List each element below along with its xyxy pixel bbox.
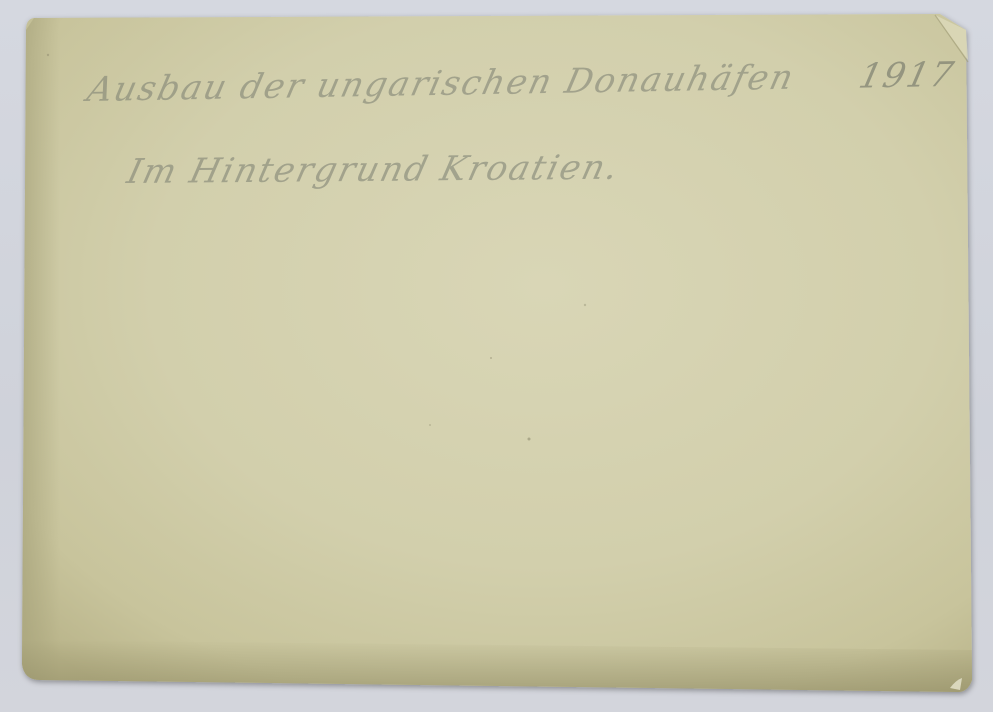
photo-scene: Ausbau der ungarischen Donauhäfen 1917 I… — [0, 0, 993, 712]
inscription-line-2: Im Hintergrund Kroatien. — [123, 148, 624, 192]
inscription-year: 1917 — [855, 55, 959, 97]
photo-card-back: Ausbau der ungarischen Donauhäfen 1917 I… — [0, 0, 993, 712]
